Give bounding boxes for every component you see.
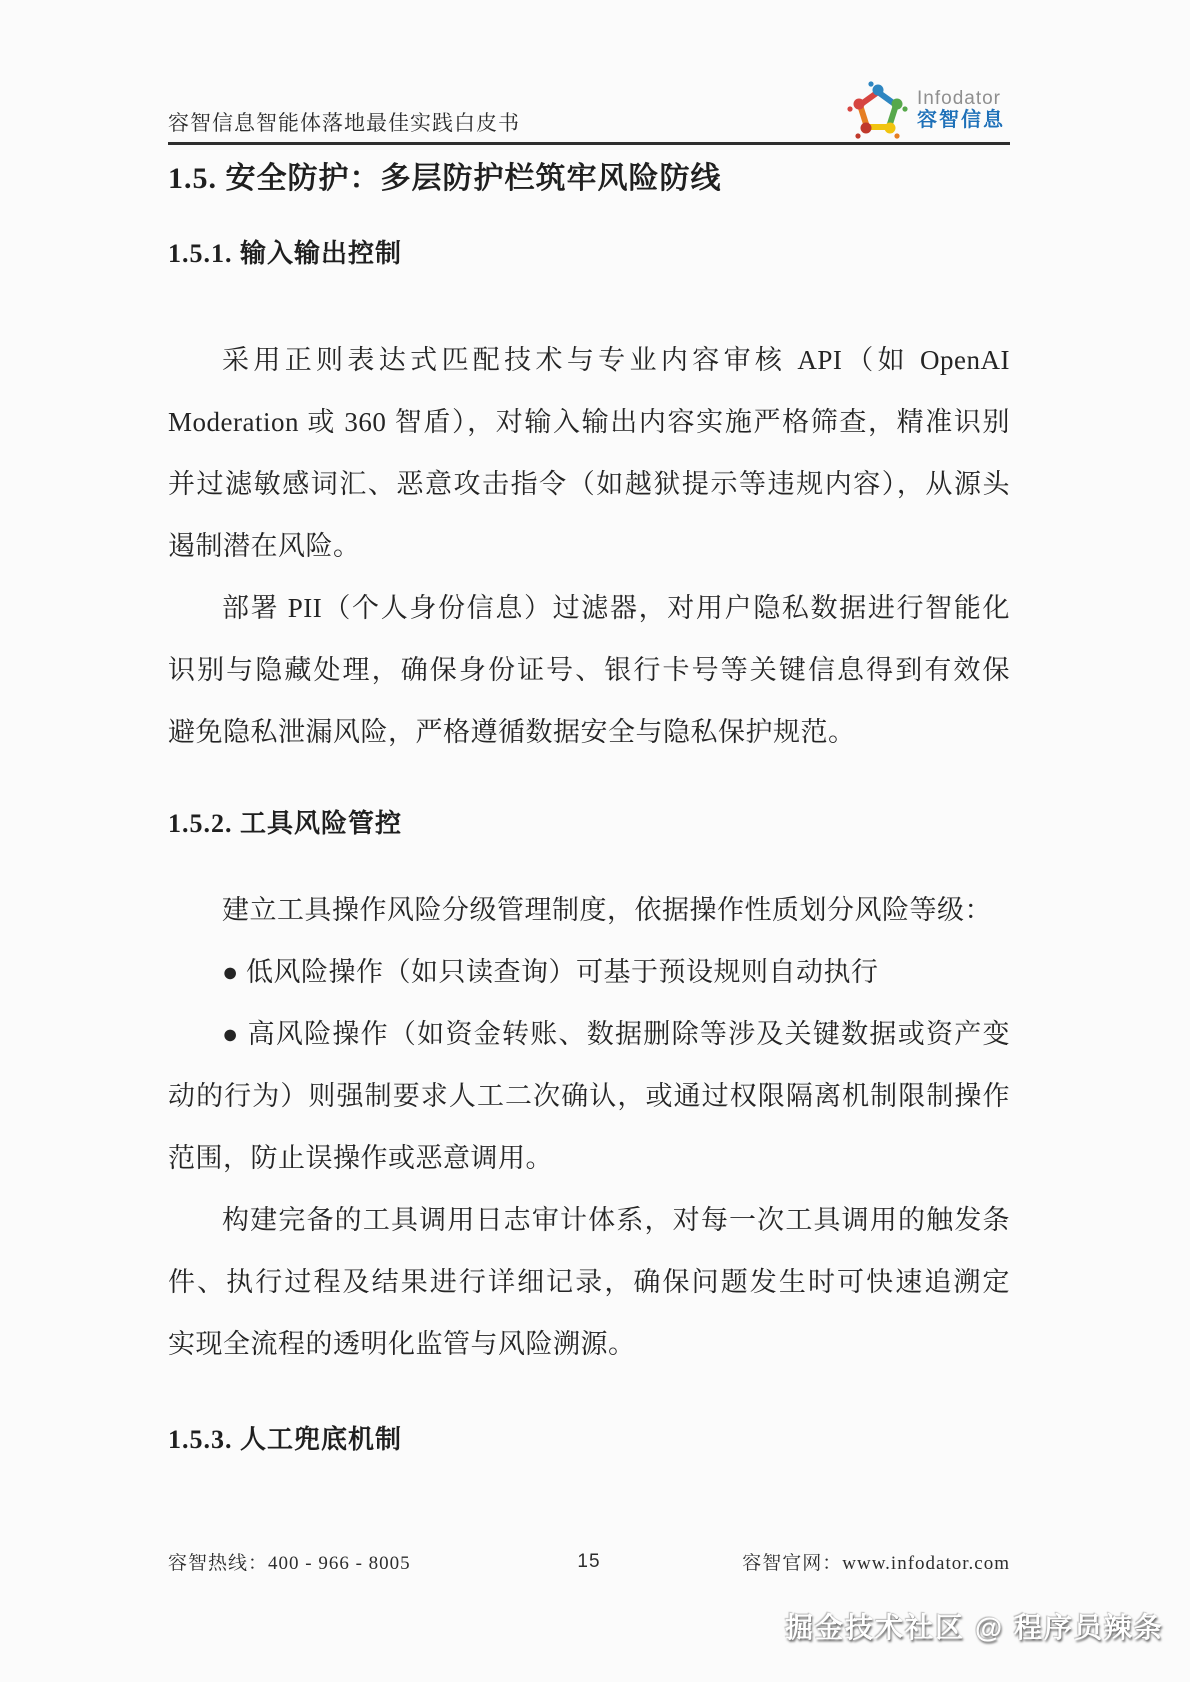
paragraph-block: 建立工具操作风险分级管理制度，依据操作性质划分风险等级： ● 低风险操作（如只读… — [168, 879, 1010, 1375]
body-line: 遏制潜在风险。 — [168, 515, 1010, 577]
subsection-heading-1-5-2: 1.5.2. 工具风险管控 — [168, 809, 1010, 839]
section-human-fallback: 1.5.3. 人工兜底机制 — [168, 1425, 1010, 1455]
body-line: 实现全流程的透明化监管与风险溯源。 — [168, 1313, 1010, 1375]
page-number: 15 — [577, 1551, 600, 1573]
watermark-text: 掘金技术社区 @ 程序员辣条 — [785, 1606, 1164, 1646]
page-header: 容智信息智能体落地最佳实践白皮书 — [168, 0, 1010, 142]
document-page: 容智信息智能体落地最佳实践白皮书 — [0, 0, 1190, 1682]
page-footer: 容智热线：400 - 966 - 8005 15 容智官网：www.infoda… — [168, 1548, 1010, 1575]
bullet-line: ● 高风险操作（如资金转账、数据删除等涉及关键数据或资产变 — [168, 1003, 1010, 1065]
footer-hotline: 容智热线：400 - 966 - 8005 — [168, 1548, 411, 1575]
logo-brand-cn: 容智信息 — [917, 109, 1005, 132]
infodator-logo: Infodator 容智信息 — [847, 80, 1005, 140]
footer-website: 容智官网：www.infodator.com — [742, 1548, 1010, 1575]
subsection-heading-1-5-1: 1.5.1. 输入输出控制 — [168, 239, 1010, 269]
body-line: 部署 PII（个人身份信息）过滤器，对用户隐私数据进行智能化 — [168, 577, 1010, 639]
subsection-heading-1-5-3: 1.5.3. 人工兜底机制 — [168, 1425, 1010, 1455]
body-line: Moderation 或 360 智盾），对输入输出内容实施严格筛查，精准识别 — [168, 391, 1010, 453]
logo-brand-en: Infodator — [917, 88, 1005, 110]
header-divider — [168, 142, 1010, 145]
body-line: 采用正则表达式匹配技术与专业内容审核 API（如 OpenAI — [168, 329, 1010, 391]
page-title: 1.5. 安全防护：多层防护栏筑牢风险防线 — [168, 161, 1010, 197]
body-line: 范围，防止误操作或恶意调用。 — [168, 1127, 1010, 1189]
body-line: 并过滤敏感词汇、恶意攻击指令（如越狱提示等违规内容），从源头 — [168, 453, 1010, 515]
body-line: 动的行为）则强制要求人工二次确认，或通过权限隔离机制限制操作 — [168, 1065, 1010, 1127]
body-line: 避免隐私泄漏风险，严格遵循数据安全与隐私保护规范。 — [168, 701, 1010, 763]
body-line: 建立工具操作风险分级管理制度，依据操作性质划分风险等级： — [168, 879, 1010, 941]
logo-text: Infodator 容智信息 — [917, 88, 1005, 133]
body-line: 件、执行过程及结果进行详细记录，确保问题发生时可快速追溯定位， — [168, 1251, 1010, 1313]
bullet-line: ● 低风险操作（如只读查询）可基于预设规则自动执行 — [168, 941, 1010, 1003]
running-header-title: 容智信息智能体落地最佳实践白皮书 — [168, 107, 520, 137]
body-line: 识别与隐藏处理，确保身份证号、银行卡号等关键信息得到有效保护， — [168, 639, 1010, 701]
paragraph-block: 采用正则表达式匹配技术与专业内容审核 API（如 OpenAI Moderati… — [168, 329, 1010, 763]
pentagon-dots-logo-icon — [847, 80, 909, 140]
section-input-output-control: 1.5.1. 输入输出控制 采用正则表达式匹配技术与专业内容审核 API（如 O… — [168, 239, 1010, 763]
section-tool-risk-control: 1.5.2. 工具风险管控 建立工具操作风险分级管理制度，依据操作性质划分风险等… — [168, 809, 1010, 1375]
body-line: 构建完备的工具调用日志审计体系，对每一次工具调用的触发条 — [168, 1189, 1010, 1251]
